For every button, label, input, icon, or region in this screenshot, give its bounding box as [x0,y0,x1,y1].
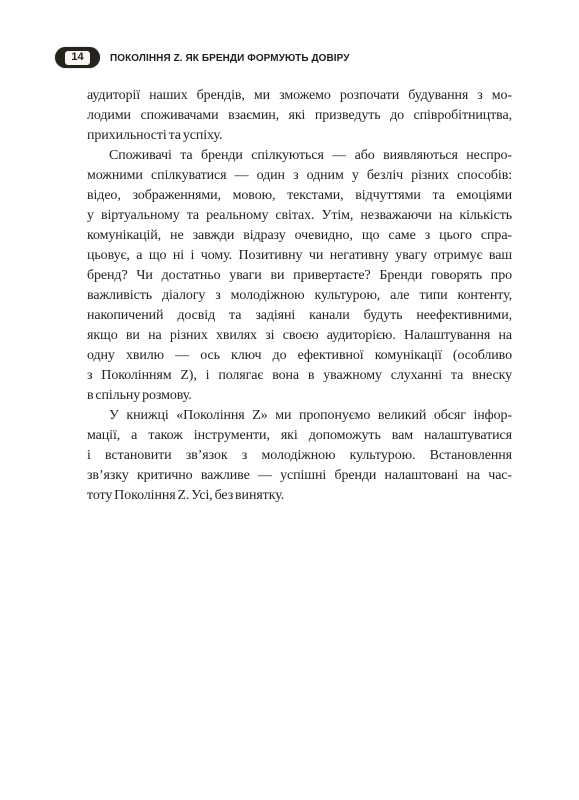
text-line: Споживачі та бренди спілкуються — або ви… [87,146,512,166]
text-line: прихильності та успіху. [87,126,512,146]
text-line: у віртуальному та реальному світах. Утім… [87,206,512,226]
text-line: можними спілкуватися — один з одним у бе… [87,166,512,186]
paragraph: аудиторії наших брендів, ми зможемо розп… [87,86,512,146]
text-line: і встановити зв’язок з молодіжною культу… [87,446,512,466]
text-line: аудиторії наших брендів, ми зможемо розп… [87,86,512,106]
text-line: зв’язку критично важливе — успішні бренд… [87,466,512,486]
page-number: 14 [65,51,90,65]
text-line: тоту Покоління Z. Усі, без винятку. [87,486,512,506]
text-line: мації, а також інструменти, які допоможу… [87,426,512,446]
text-line: комунікацій, не завжди відразу очевидно,… [87,226,512,246]
page-number-badge: 14 [55,47,100,68]
text-line: одну хвилю — ось ключ до ефективної кому… [87,346,512,366]
running-title: ПОКОЛІННЯ Z. ЯК БРЕНДИ ФОРМУЮТЬ ДОВІРУ [110,51,350,64]
text-line: лодими споживачами взаємин, які призведу… [87,106,512,126]
text-line: бренд? Чи достатньо уваги ви привертаєте… [87,266,512,286]
text-line: накопичений досвід та задіяні канали буд… [87,306,512,326]
body-text: аудиторії наших брендів, ми зможемо розп… [87,86,512,506]
page-header: 14 ПОКОЛІННЯ Z. ЯК БРЕНДИ ФОРМУЮТЬ ДОВІР… [55,47,362,68]
text-line: з Поколінням Z), і полягає вона в уважно… [87,366,512,386]
text-line: цьовує, а що ні і чому. Позитивну чи нег… [87,246,512,266]
text-line: відео, зображеннями, мовою, текстами, ві… [87,186,512,206]
text-line: якщо ви на різних хвилях зі своєю аудито… [87,326,512,346]
paragraph: Споживачі та бренди спілкуються — або ви… [87,146,512,406]
text-line: в спільну розмову. [87,386,512,406]
text-line: важливість діалогу з молодіжною культуро… [87,286,512,306]
paragraph: У книжці «Покоління Z» ми пропонуємо вел… [87,406,512,506]
book-page: 14 ПОКОЛІННЯ Z. ЯК БРЕНДИ ФОРМУЮТЬ ДОВІР… [0,0,579,800]
text-line: У книжці «Покоління Z» ми пропонуємо вел… [87,406,512,426]
